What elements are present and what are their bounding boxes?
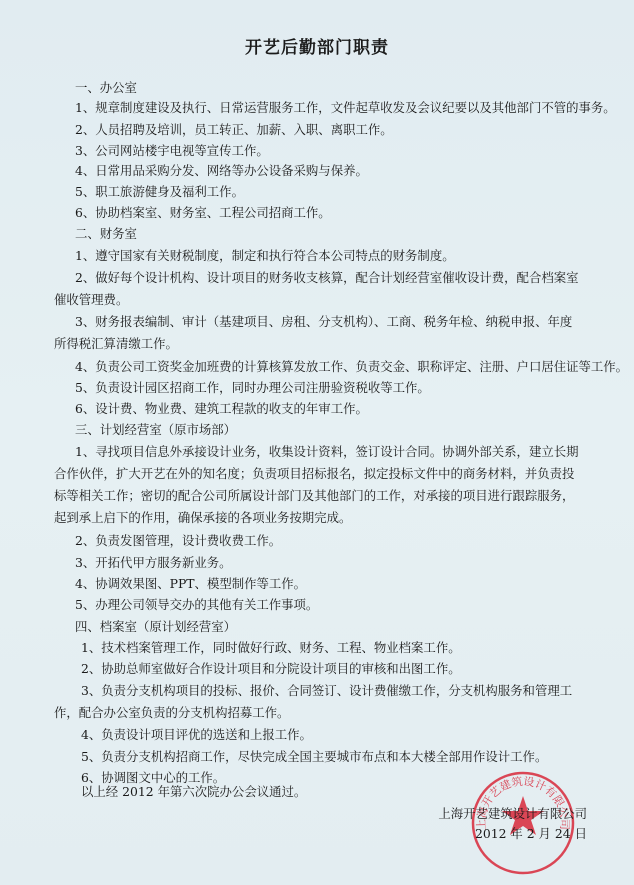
list-item: 3、开拓代甲方服务新业务。 (75, 555, 232, 571)
signature-date: 2012 年 2 月 24 日 (475, 824, 587, 842)
list-item: 4、日常用品采购分发、网络等办公设备采购与保养。 (75, 163, 368, 179)
section-heading-finance: 二、财务室 (75, 226, 137, 242)
list-item: 4、负责公司工资奖金加班费的计算核算发放工作、负责交金、职称评定、注册、户口居住… (75, 359, 628, 375)
document-title: 开艺后勤部门职责 (0, 33, 634, 58)
list-item: 5、职工旅游健身及福利工作。 (75, 184, 244, 200)
list-item: 2、做好每个设计机构、设计项目的财务收支核算，配合计划经营室催收设计费，配合档案… (54, 267, 581, 311)
list-item: 2、负责发图管理，设计费收费工作。 (75, 533, 281, 549)
closing-note: 以上经 2012 年第六次院办公会议通过。 (81, 784, 306, 800)
list-item: 1、技术档案管理工作，同时做好行政、财务、工程、物业档案工作。 (81, 640, 461, 656)
list-item: 1、遵守国家有关财税制度，制定和执行符合本公司特点的财务制度。 (75, 248, 455, 264)
list-item: 2、协助总师室做好合作设计项目和分院设计项目的审核和出图工作。 (81, 661, 461, 677)
company-seal-icon: 上海开艺建筑设计有限公司 (468, 768, 578, 878)
signature-company: 上海开艺建筑设计有限公司 (438, 804, 587, 822)
list-item: 6、设计费、物业费、建筑工程款的收支的年审工作。 (75, 401, 368, 417)
list-item: 5、负责设计园区招商工作，同时办理公司注册验资税收等工作。 (75, 380, 430, 396)
list-item: 3、公司网站楼宇电视等宣传工作。 (75, 143, 269, 159)
section-heading-planning: 三、计划经营室（原市场部） (75, 422, 236, 438)
list-item: 3、财务报表编制、审计（基建项目、房租、分支机构）、工商、税务年检、纳税申报、年… (54, 311, 581, 355)
list-item: 4、负责设计项目评优的选送和上报工作。 (81, 727, 312, 743)
list-item: 3、负责分支机构项目的投标、报价、合同签订、设计费催缴工作，分支机构服务和管理工… (54, 680, 581, 724)
list-item: 1、寻找项目信息外承接设计业务，收集设计资料，签订设计合同。协调外部关系，建立长… (54, 441, 581, 529)
list-item: 1、规章制度建设及执行、日常运营服务工作，文件起草收发及会议纪要以及其他部门不管… (75, 100, 616, 116)
list-item: 6、协助档案室、财务室、工程公司招商工作。 (75, 205, 331, 221)
document-page: 开艺后勤部门职责 一、办公室 1、规章制度建设及执行、日常运营服务工作，文件起草… (0, 0, 634, 885)
section-heading-archives: 四、档案室（原计划经营室） (75, 619, 236, 635)
list-item: 5、负责分支机构招商工作，尽快完成全国主要城市布点和本大楼全部用作设计工作。 (81, 749, 547, 765)
list-item: 2、人员招聘及培训，员工转正、加薪、入职、离职工作。 (75, 122, 393, 138)
list-item: 5、办理公司领导交办的其他有关工作事项。 (75, 597, 318, 613)
list-item: 4、协调效果图、PPT、模型制作等工作。 (75, 576, 306, 592)
section-heading-office: 一、办公室 (75, 80, 137, 96)
